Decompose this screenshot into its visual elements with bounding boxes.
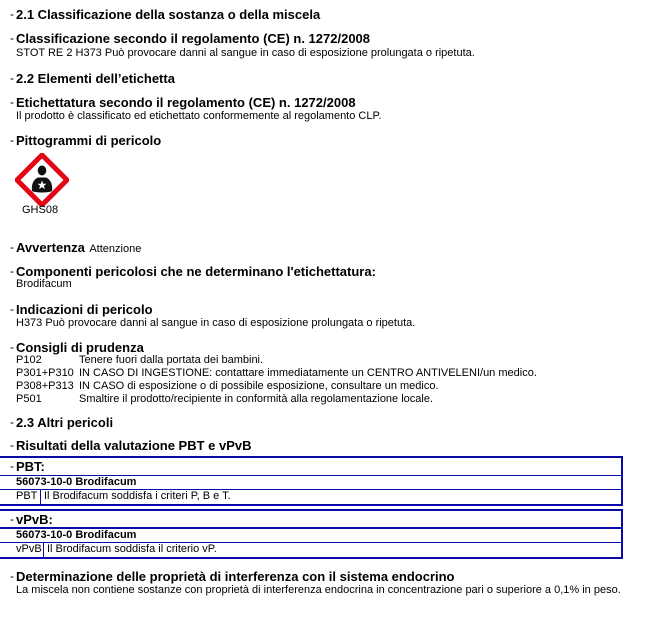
cell-divider — [40, 490, 41, 505]
bullet-dash: - — [10, 31, 14, 46]
vpvb-table: - vPvB: 56073-10-0 Brodifacum vPvB Il Br… — [0, 509, 623, 559]
vpvb-table-title-row: - vPvB: — [0, 511, 621, 529]
ghs08-health-hazard-icon — [15, 153, 69, 207]
bullet-dash: - — [10, 133, 14, 148]
hazard-statements-heading: Indicazioni di pericolo — [16, 302, 153, 317]
pictogram-label: GHS08 — [22, 204, 58, 216]
bullet-dash: - — [10, 415, 14, 430]
p-text: IN CASO DI INGESTIONE: contattare immedi… — [79, 367, 537, 380]
hazard-statements-text: H373 Può provocare danni al sangue in ca… — [16, 317, 415, 330]
bullet-dash: - — [10, 71, 14, 86]
bullet-dash: - — [10, 302, 14, 317]
cell-divider — [43, 543, 44, 558]
bullet-dash: - — [10, 7, 14, 22]
bullet-dash: - — [10, 512, 14, 527]
classification-text: STOT RE 2 H373 Può provocare danni al sa… — [16, 47, 475, 60]
pbt-table-result-row: PBT Il Brodifacum soddisfa i criteri P, … — [0, 490, 621, 504]
vpvb-table-substance-row: 56073-10-0 Brodifacum — [0, 529, 621, 543]
bullet-dash: - — [10, 340, 14, 355]
labelling-heading: Etichettatura secondo il regolamento (CE… — [16, 95, 356, 110]
pbt-result-text: Il Brodifacum soddisfa i criteri P, B e … — [44, 490, 231, 503]
p-text: Smaltire il prodotto/recipiente in confo… — [79, 393, 433, 406]
section-heading-2-2: 2.2 Elementi dell’etichetta — [16, 71, 175, 86]
p-code: P501 — [16, 393, 42, 406]
pictograms-heading: Pittogrammi di pericolo — [16, 133, 161, 148]
signal-word-label: Avvertenza — [16, 240, 85, 255]
vpvb-code: vPvB — [16, 543, 42, 556]
endocrine-heading: Determinazione delle proprietà di interf… — [16, 569, 455, 584]
pbt-table-title: PBT: — [16, 459, 45, 474]
signal-word-line: Avvertenza Attenzione — [16, 240, 141, 257]
vpvb-result-text: Il Brodifacum soddisfa il criterio vP. — [47, 543, 217, 556]
bullet-dash: - — [10, 240, 14, 255]
classification-heading: Classificazione secondo il regolamento (… — [16, 31, 370, 46]
pbt-code: PBT — [16, 490, 37, 503]
bullet-dash: - — [10, 95, 14, 110]
labelling-text: Il prodotto è classificato ed etichettat… — [16, 110, 381, 123]
endocrine-text: La miscela non contiene sostanze con pro… — [16, 584, 628, 597]
section-heading-2-1: 2.1 Classificazione della sostanza o del… — [16, 7, 320, 22]
p-code: P308+P313 — [16, 380, 74, 393]
hazard-components-heading: Componenti pericolosi che ne determinano… — [16, 264, 376, 279]
section-heading-2-3: 2.3 Altri pericoli — [16, 415, 113, 430]
pbt-table-title-row: - PBT: — [0, 458, 621, 476]
p-code: P301+P310 — [16, 367, 74, 380]
vpvb-table-title: vPvB: — [16, 512, 53, 527]
bullet-dash: - — [10, 569, 14, 584]
precautionary-heading: Consigli di prudenza — [16, 340, 144, 355]
vpvb-substance: 56073-10-0 Brodifacum — [16, 529, 136, 542]
pbt-substance: 56073-10-0 Brodifacum — [16, 476, 136, 489]
p-text: Tenere fuori dalla portata dei bambini. — [79, 354, 263, 367]
bullet-dash: - — [10, 459, 14, 474]
pbt-results-heading: Risultati della valutazione PBT e vPvB — [16, 438, 252, 453]
p-code: P102 — [16, 354, 42, 367]
vpvb-table-result-row: vPvB Il Brodifacum soddisfa il criterio … — [0, 543, 621, 557]
bullet-dash: - — [10, 264, 14, 279]
pbt-table-substance-row: 56073-10-0 Brodifacum — [0, 476, 621, 490]
hazard-components-text: Brodifacum — [16, 278, 72, 291]
bullet-dash: - — [10, 438, 14, 453]
p-text: IN CASO di esposizione o di possibile es… — [79, 380, 439, 393]
pbt-table: - PBT: 56073-10-0 Brodifacum PBT Il Brod… — [0, 456, 623, 506]
signal-word-value: Attenzione — [89, 243, 141, 255]
